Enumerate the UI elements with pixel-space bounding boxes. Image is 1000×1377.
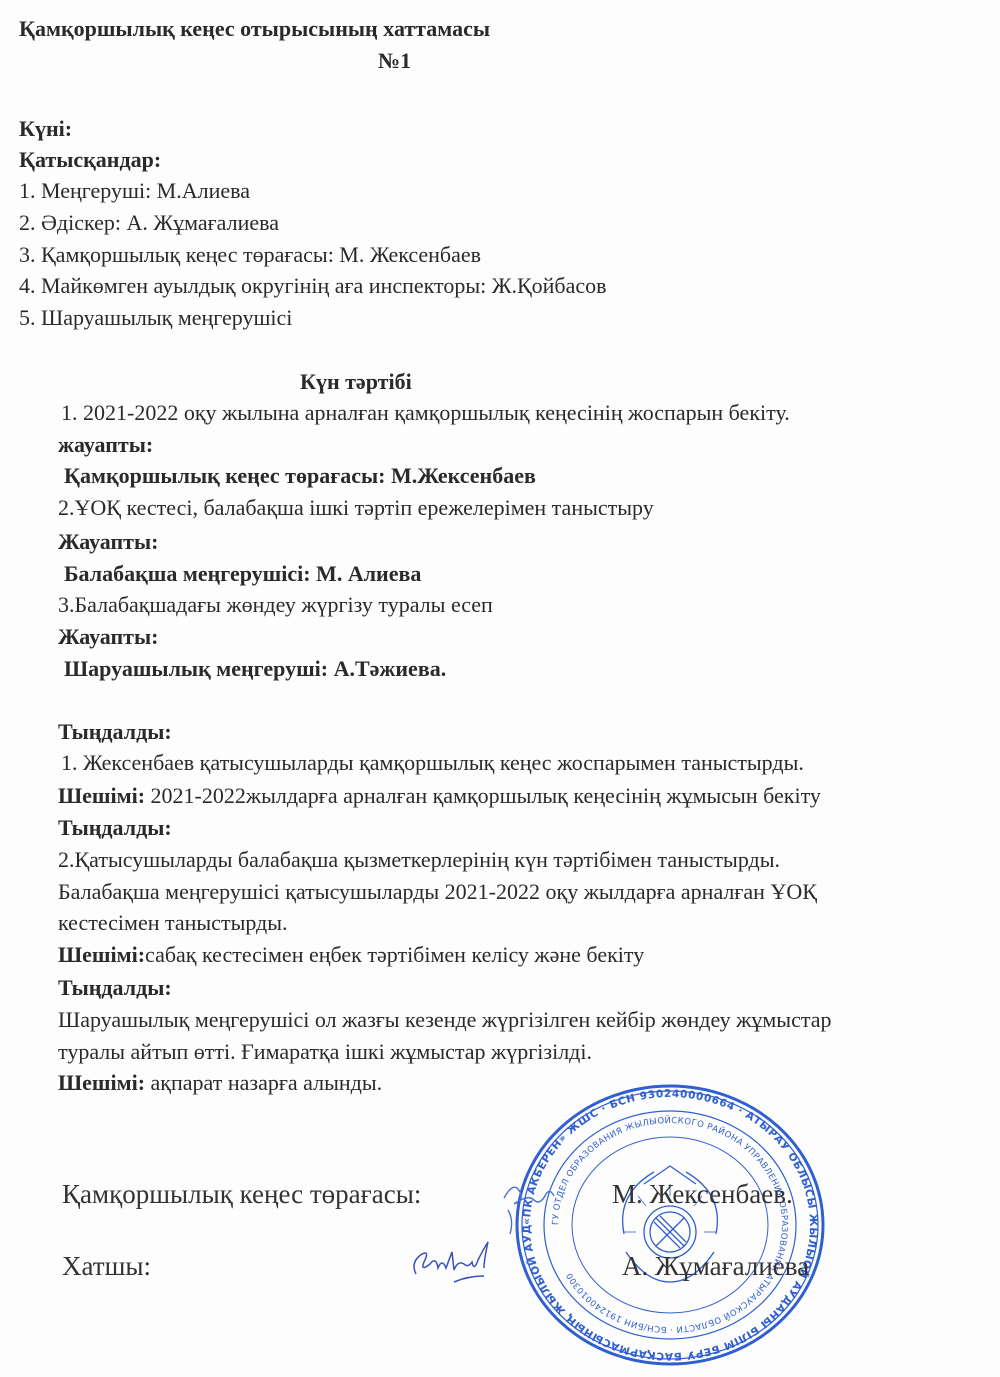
agenda-item-text: 1. 2021-2022 оқу жылына арналған қамқорш… [61, 400, 790, 426]
participant-item: 5. Шаруашылық меңгерушісі [19, 305, 292, 331]
chair-signature-icon [498, 1170, 558, 1240]
participant-item: 1. Меңгеруші: М.Алиева [19, 178, 250, 204]
responsible-person: Қамқоршылық кеңес төрағасы: М.Жексенбаев [64, 463, 536, 489]
svg-text:ГУ ОТДЕЛ ОБРАЗОВАНИЯ ЖЫЛЫОЙСКО: ГУ ОТДЕЛ ОБРАЗОВАНИЯ ЖЫЛЫОЙСКОГО РАЙОНА … [551, 1114, 789, 1334]
decision-line: Шешімі:сабақ кестесімен еңбек тәртібімен… [58, 942, 644, 968]
responsible-label: жауапты: [58, 432, 153, 458]
decision-label: Шешімі: [58, 783, 145, 808]
secretary-label: Хатшы: [62, 1250, 151, 1282]
heard-text: Шаруашылық меңгерушісі ол жазғы кезенде … [58, 1007, 832, 1033]
heard-text: туралы айтып өтті. Ғимаратқа ішкі жұмыст… [58, 1039, 592, 1065]
agenda-heading: Күн тәртібі [300, 369, 412, 395]
decision-text: ақпарат назарға алынды. [145, 1070, 382, 1095]
heard-label: Тыңдалды: [58, 975, 172, 1001]
agenda-item-text: 3.Балабақшадағы жөндеу жүргізу туралы ес… [58, 592, 493, 618]
heard-text: 2.Қатысушыларды балабақша қызметкерлерін… [58, 847, 780, 873]
decision-line: Шешімі: ақпарат назарға алынды. [58, 1070, 382, 1096]
heard-label: Тыңдалды: [58, 719, 172, 745]
heard-text: 1. Жексенбаев қатысушыларды қамқоршылық … [61, 750, 804, 776]
participant-item: 4. Майкөмген ауылдық округінің аға инспе… [19, 273, 607, 299]
secretary-name: А. Жұмағалиева [622, 1250, 809, 1282]
secretary-signature-icon [408, 1238, 498, 1288]
decision-label: Шешімі: [58, 1070, 145, 1095]
agenda-item-text: 2.ҰОҚ кестесі, балабақша ішкі тәртіп ере… [58, 495, 654, 521]
responsible-person: Шаруашылық меңгеруші: А.Тәжиева. [64, 656, 446, 682]
chair-label: Қамқоршылық кеңес төрағасы: [62, 1178, 421, 1210]
date-label: Күні: [19, 116, 72, 142]
responsible-label: Жауапты: [58, 624, 159, 650]
document-title: Қамқоршылық кеңес отырысының хаттамасы [19, 16, 490, 42]
decision-label: Шешімі: [58, 942, 145, 967]
chair-name: М. Жексенбаев. [612, 1178, 793, 1210]
document-number: №1 [378, 48, 411, 74]
decision-line: Шешімі: 2021-2022жылдарға арналған қамқо… [58, 783, 821, 809]
participant-item: 3. Қамқоршылық кеңес төрағасы: М. Жексен… [19, 242, 481, 268]
heard-text: кестесімен таныстырды. [58, 910, 288, 936]
participant-item: 2. Әдіскер: А. Жұмағалиева [19, 210, 279, 236]
responsible-label: Жауапты: [58, 529, 159, 555]
decision-text: 2021-2022жылдарға арналған қамқоршылық к… [145, 783, 821, 808]
responsible-person: Балабақша меңгерушісі: М. Алиева [64, 561, 421, 587]
participants-label: Қатысқандар: [19, 147, 161, 173]
official-stamp-icon: «ПК АКБЕРЕН» ЖШС · БСН 930240000664 · АТ… [514, 1084, 826, 1366]
heard-text: Балабақша меңгерушісі қатысушыларды 2021… [58, 879, 817, 905]
heard-label: Тыңдалды: [58, 815, 172, 841]
decision-text: сабақ кестесімен еңбек тәртібімен келісу… [145, 942, 644, 967]
